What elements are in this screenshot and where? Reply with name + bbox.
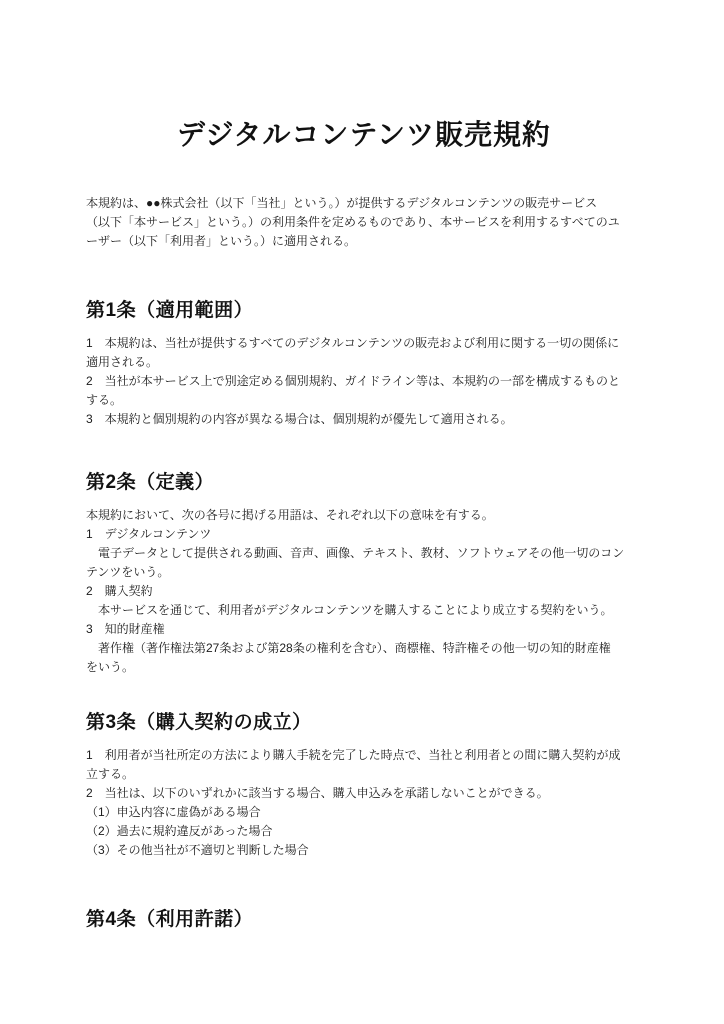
article-2-body: 本規約において、次の各号に掲げる用語は、それぞれ以下の意味を有する。 1 デジタ… (86, 506, 642, 677)
section-article-1: 第1条（適用範囲） 1 本規約は、当社が提供するすべてのデジタルコンテンツの販売… (86, 297, 642, 429)
article-2-heading: 第2条（定義） (86, 469, 642, 496)
document-title: デジタルコンテンツ販売規約 (86, 117, 642, 152)
article-1-heading: 第1条（適用範囲） (86, 297, 642, 324)
intro-paragraph: 本規約は、●●株式会社（以下「当社」という。）が提供するデジタルコンテンツの販売… (86, 194, 642, 251)
section-article-3: 第3条（購入契約の成立） 1 利用者が当社所定の方法により購入手続を完了した時点… (86, 709, 642, 860)
article-4-heading: 第4条（利用許諾） (86, 906, 642, 933)
article-1-body: 1 本規約は、当社が提供するすべてのデジタルコンテンツの販売および利用に関する一… (86, 334, 642, 429)
section-article-2: 第2条（定義） 本規約において、次の各号に掲げる用語は、それぞれ以下の意味を有す… (86, 469, 642, 677)
section-article-4: 第4条（利用許諾） (86, 906, 642, 933)
article-3-heading: 第3条（購入契約の成立） (86, 709, 642, 736)
document-page: デジタルコンテンツ販売規約 本規約は、●●株式会社（以下「当社」という。）が提供… (0, 0, 724, 1024)
article-3-body: 1 利用者が当社所定の方法により購入手続を完了した時点で、当社と利用者との間に購… (86, 746, 642, 860)
